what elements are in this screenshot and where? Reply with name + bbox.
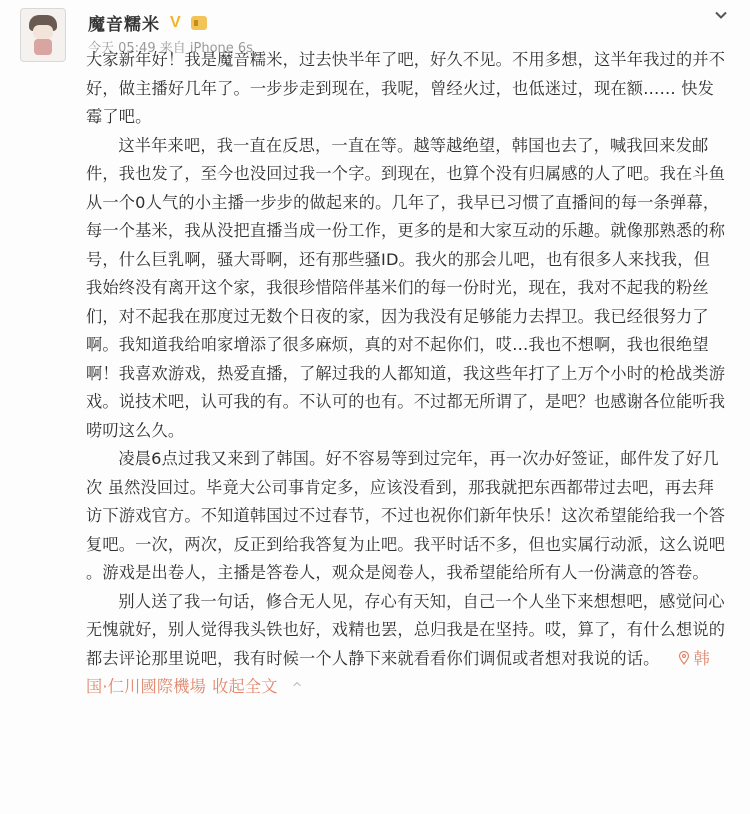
location-pin-icon xyxy=(678,651,690,665)
avatar[interactable] xyxy=(20,8,66,62)
medal-icon xyxy=(191,16,207,30)
verified-v-icon: V xyxy=(170,14,181,32)
paragraph-4-text: 别人送了我一句话，修合无人见，存心有天知，自己一个人坐下来想想吧，感觉问心无愧就… xyxy=(86,592,725,668)
avatar-body-shape xyxy=(34,39,52,55)
chevron-down-icon[interactable] xyxy=(715,9,727,21)
collapse-button[interactable]: 收起全文 xyxy=(212,677,278,696)
post-body: 大家新年好！我是魔音糯米，过去快半年了吧，好久不见。不用多想，这半年我过的并不好… xyxy=(86,46,726,704)
author-row: 魔音糯米 V xyxy=(88,10,207,35)
caret-up-icon[interactable]: ^ xyxy=(292,681,303,696)
paragraph-1: 大家新年好！我是魔音糯米，过去快半年了吧，好久不见。不用多想，这半年我过的并不好… xyxy=(86,46,726,132)
paragraph-4: 别人送了我一句话，修合无人见，存心有天知，自己一个人坐下来想想吧，感觉问心无愧就… xyxy=(86,588,726,704)
author-name[interactable]: 魔音糯米 xyxy=(88,10,160,35)
avatar-face-shape xyxy=(33,25,53,39)
paragraph-3: 凌晨6点过我又来到了韩国。好不容易等到过完年，再一次办好签证，邮件发了好几次 虽… xyxy=(86,445,726,588)
paragraph-2: 这半年来吧，我一直在反思，一直在等。越等越绝望，韩国也去了，喊我回来发邮件，我也… xyxy=(86,132,726,446)
